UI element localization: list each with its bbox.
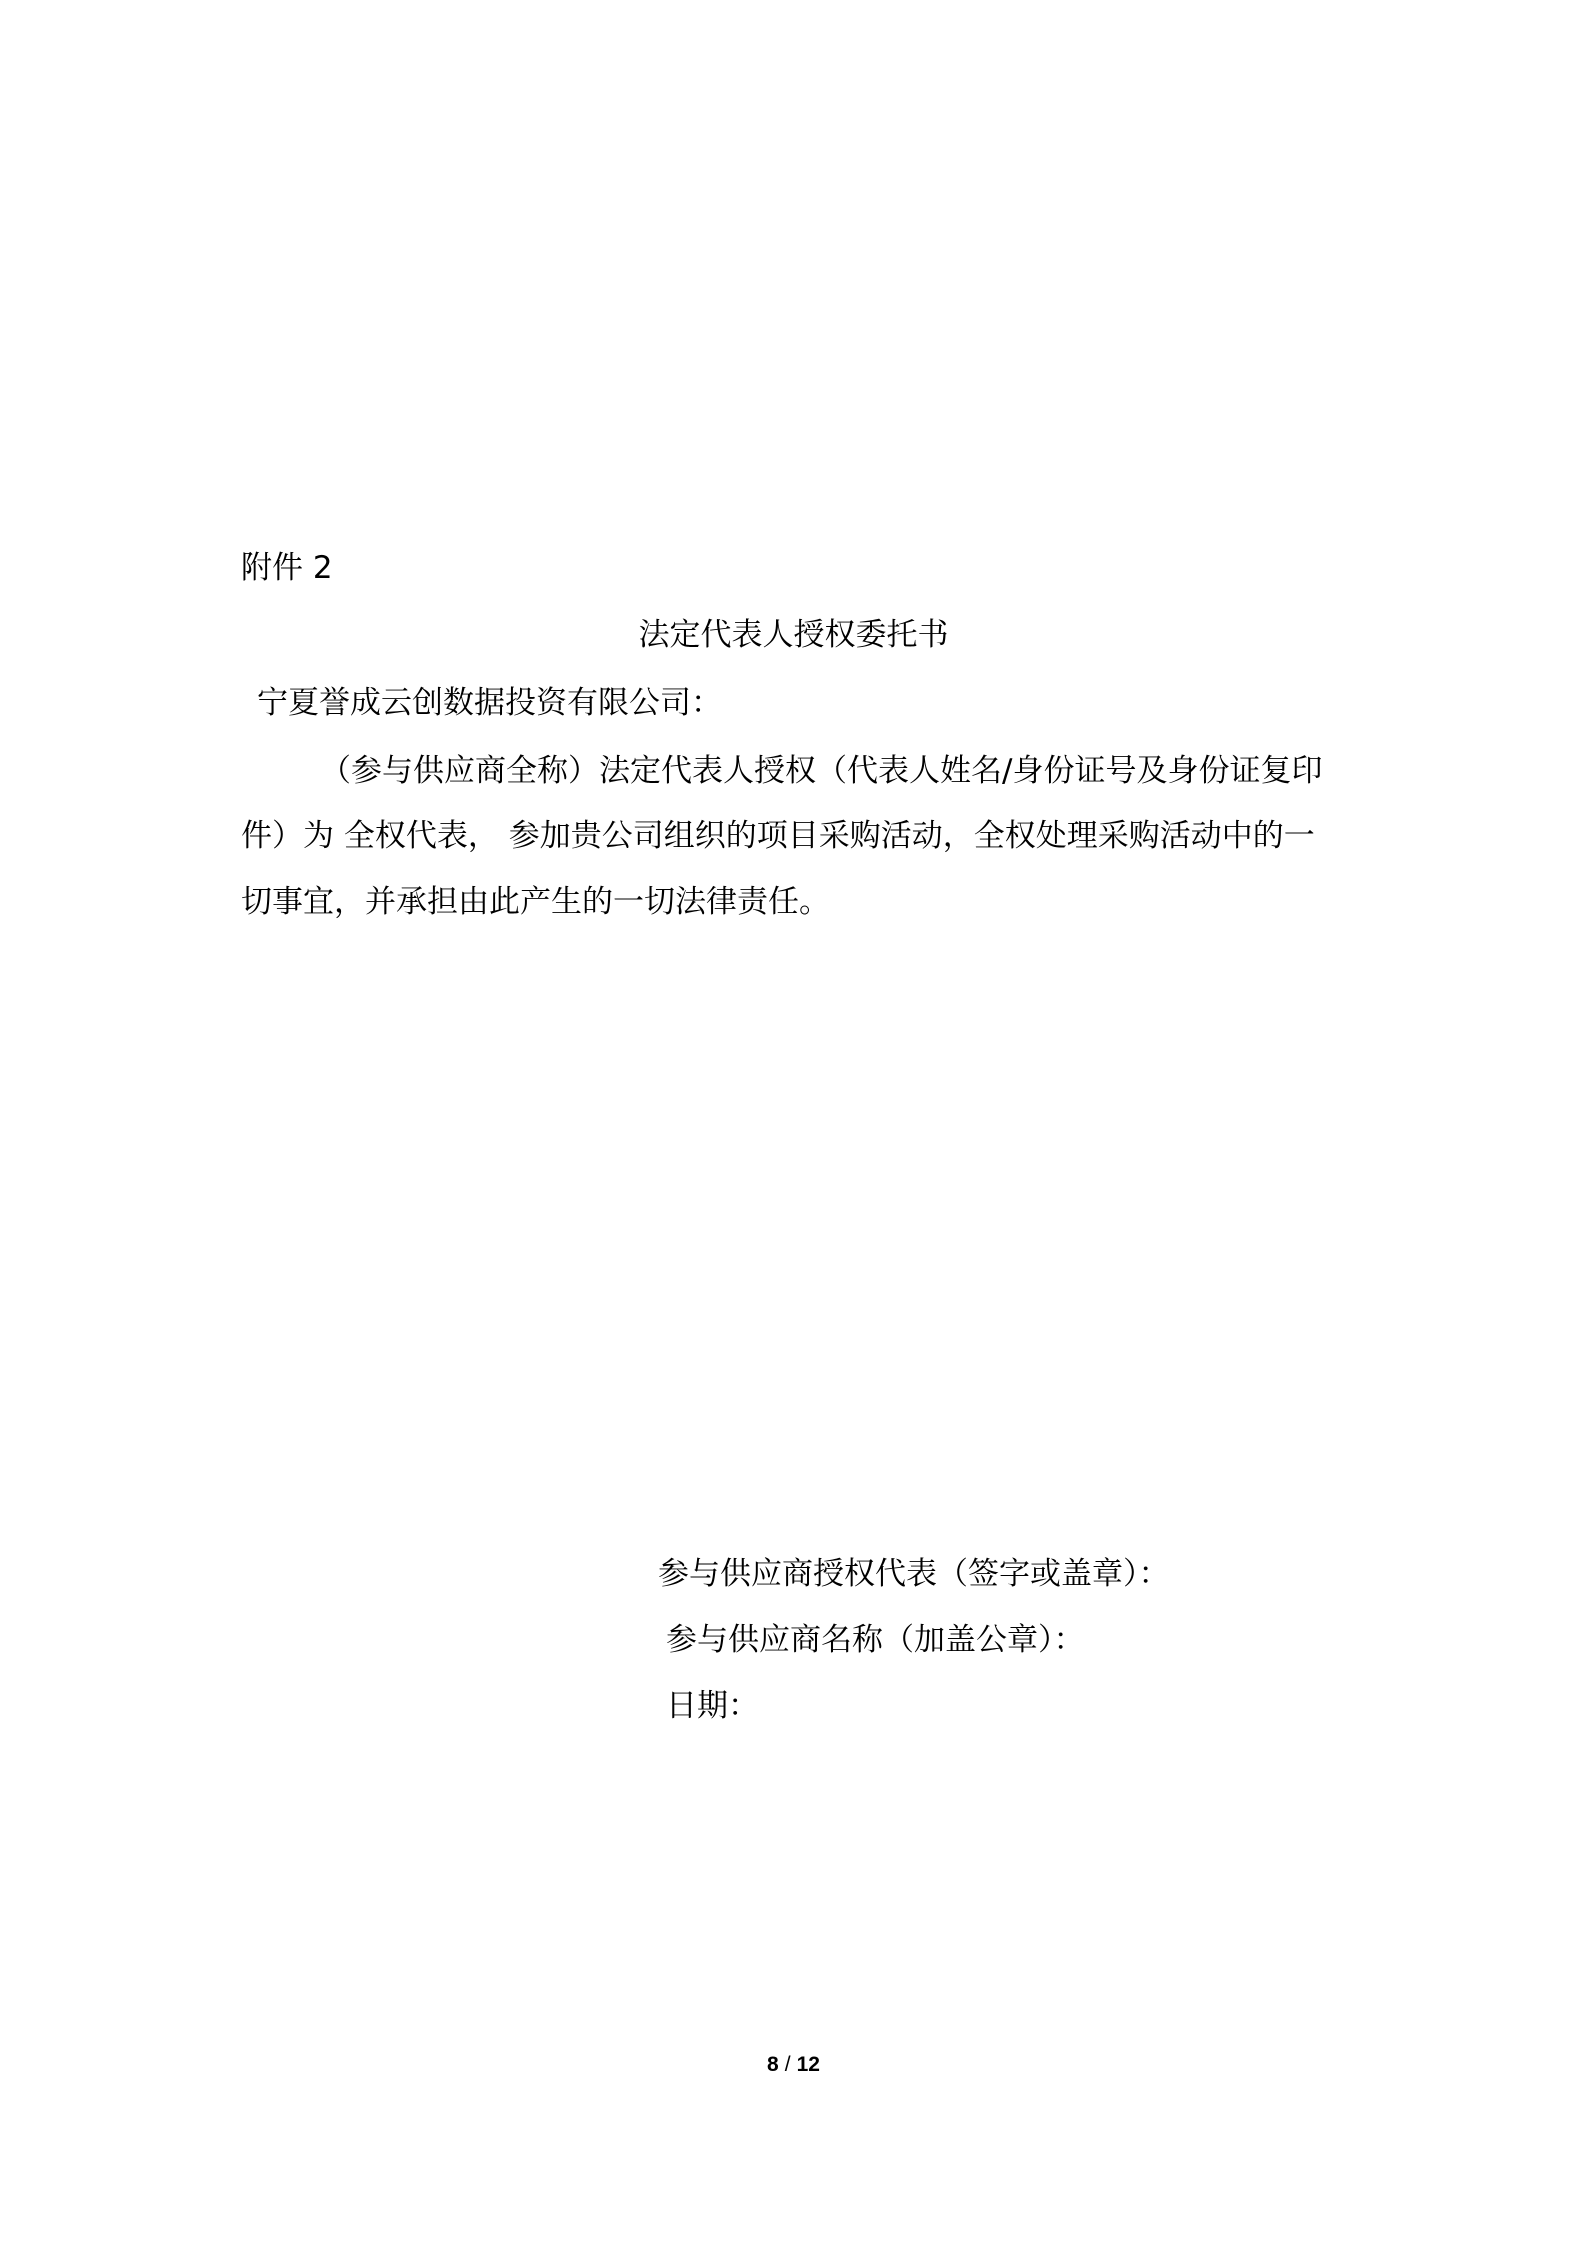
current-page-number: 8 [767,2053,779,2076]
document-page: 附件 2 法定代表人授权委托书 宁夏誉成云创数据投资有限公司： （参与供应商全称… [0,0,1587,2245]
document-title: 法定代表人授权委托书 [0,615,1587,655]
body-paragraph-line-1: （参与供应商全称）法定代表人授权（代表人姓名/身份证号及身份证复印 [320,751,1322,791]
total-page-count: 12 [797,2053,820,2076]
page-separator: / [785,2053,791,2076]
authorized-representative-signature-label: 参与供应商授权代表（签字或盖章）： [658,1554,1170,1594]
salutation-addressee: 宁夏誉成云创数据投资有限公司： [257,683,722,723]
page-number: 8/12 [0,2052,1587,2078]
body-paragraph-line-2: 件）为 全权代表， 参加贵公司组织的项目采购活动，全权处理采购活动中的一 [241,816,1315,856]
supplier-name-seal-label: 参与供应商名称（加盖公章）： [666,1620,1085,1660]
attachment-label: 附件 2 [241,548,333,588]
body-paragraph-line-3: 切事宜，并承担由此产生的一切法律责任。 [241,882,830,922]
date-label: 日期： [666,1686,759,1726]
